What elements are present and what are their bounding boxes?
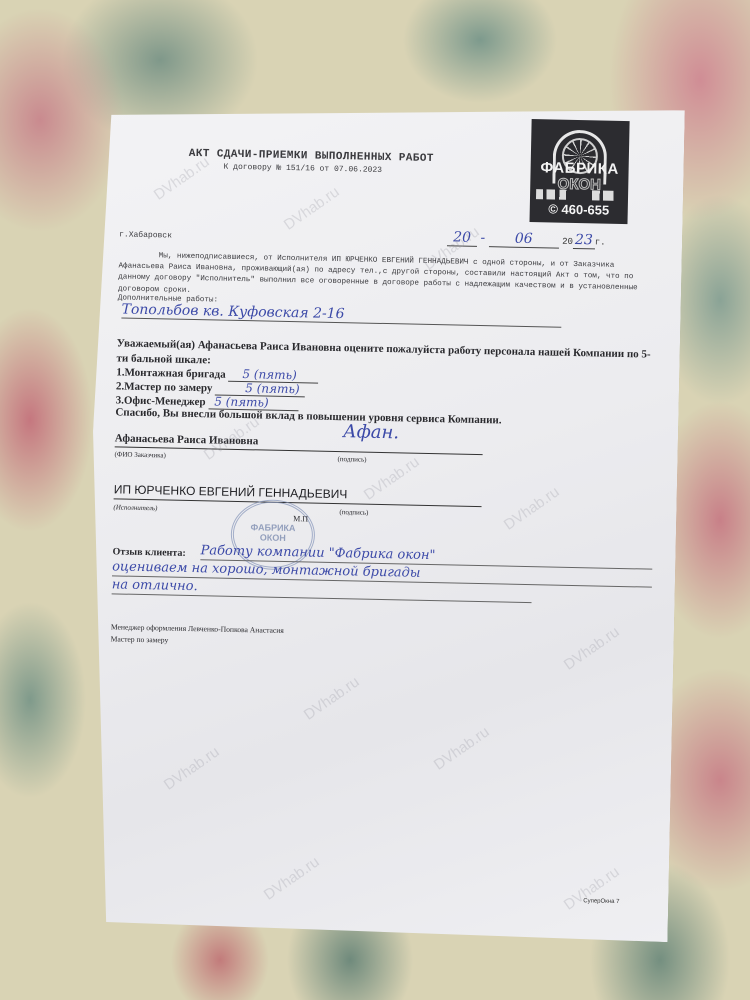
client-name: Афанасьева Раиса Ивановна [115, 432, 259, 447]
footer-manager: Менеджер оформления Левченко-Попкова Ана… [111, 622, 284, 635]
footer-measurer: Мастер по замеру [111, 634, 169, 644]
date-month: 06 [489, 230, 559, 248]
company-logo: ФАБРИКА ОКОН © 460-655 [529, 119, 629, 224]
contractor-signature-caption: (подпись) [339, 508, 368, 517]
date-year-prefix: 20 [562, 237, 573, 247]
thanks-text: Спасибо, Вы внесли большой вклад в повыш… [115, 406, 501, 426]
client-signature: Афан. [343, 421, 399, 443]
date-suffix: г. [595, 237, 606, 247]
act-date: 20 - 06 2023г. [447, 229, 606, 249]
review-label: Отзыв клиента: [112, 546, 185, 559]
date-day: 20 [447, 229, 477, 247]
stamp-line2: ОКОН [234, 532, 312, 544]
client-name-caption: (ФИО Заказчика) [114, 450, 166, 459]
extra-works-value: Топольбов кв. Куфовская 2-16 [121, 301, 561, 327]
city: г.Хабаровск [119, 230, 172, 240]
logo-skyline-icon [536, 189, 622, 201]
date-year-suffix: 23 [573, 232, 595, 249]
client-signature-line [115, 446, 483, 455]
logo-phone: © 460-655 [530, 201, 628, 218]
contract-reference: К договору № 151/16 от 07.06.2023 [223, 163, 382, 175]
stamp-place-mark: М.П [293, 514, 308, 523]
client-signature-caption: (подпись) [337, 455, 366, 464]
contractor-name-caption: (Исполнитель) [113, 503, 157, 512]
act-document-page: АКТ СДАЧИ-ПРИЕМКИ ВЫПОЛНЕННЫХ РАБОТ К до… [83, 98, 685, 942]
corner-mark: СуперОкна 7 [583, 898, 619, 905]
